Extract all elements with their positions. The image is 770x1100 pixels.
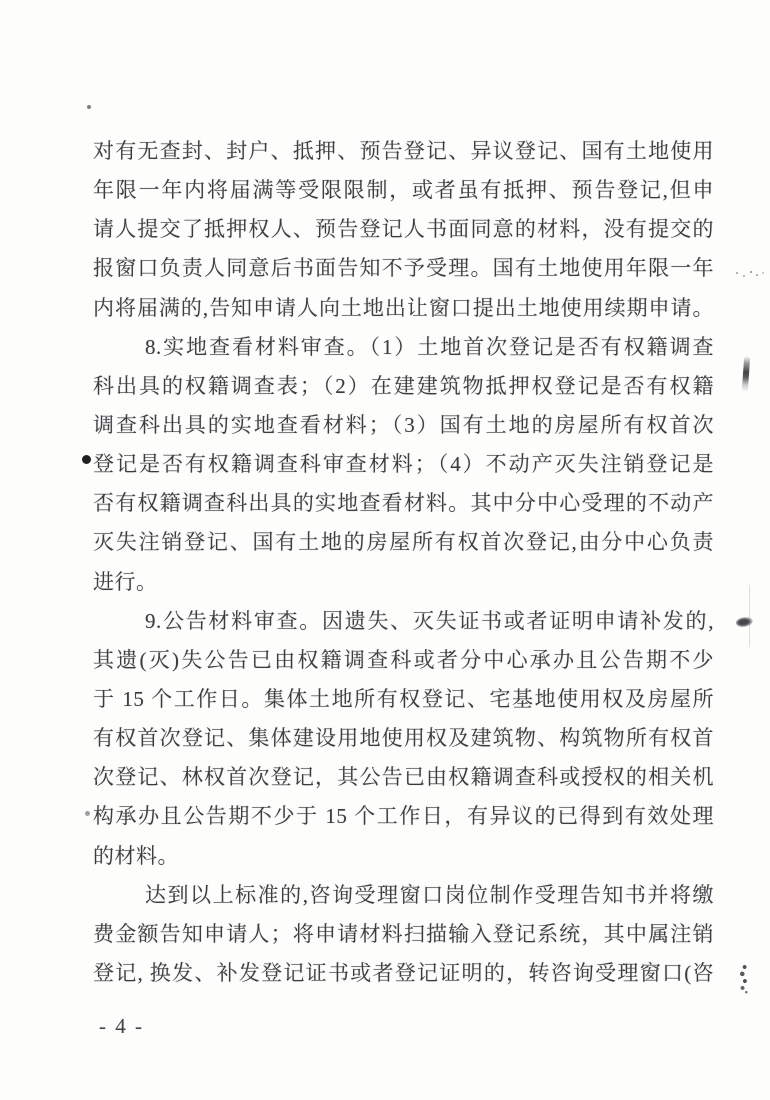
scan-artifact-fold-line	[749, 585, 750, 647]
text-line: 科出具的权籍调查表；（2）在建建筑物抵押权登记是否有权籍	[93, 367, 714, 406]
text-line: 内将届满的,告知申请人向土地出让窗口提出土地使用续期申请。	[93, 289, 714, 328]
text-line-paragraph-end: 进行。	[93, 563, 714, 602]
text-line-paragraph-start: 9.公告材料审查。因遗失、灭失证书或者证明申请补发的,	[93, 602, 714, 641]
text-line: 调查科出具的实地查看材料；（3）国有土地的房屋所有权首次	[93, 406, 714, 445]
text-line: 其遗(灭)失公告已由权籍调查科或者分中心承办且公告期不少	[93, 641, 714, 680]
text-line: 灭失注销登记、国有土地的房屋所有权首次登记,由分中心负责	[93, 523, 714, 562]
text-line: 于 15 个工作日。集体土地所有权登记、宅基地使用权及房屋所	[93, 680, 714, 719]
scan-artifact-smudge	[736, 962, 752, 997]
text-line-paragraph-start: 达到以上标准的,咨询受理窗口岗位制作受理告知书并将缴	[93, 876, 714, 915]
text-line-paragraph-start: 8.实地查看材料审查。（1）土地首次登记是否有权籍调查	[93, 328, 714, 367]
scan-artifact-ink-blob	[735, 616, 753, 628]
text-line: 登记是否有权籍调查科审查材料；（4）不动产灭失注销登记是	[93, 445, 714, 484]
text-line: 构承办且公告期不少于 15 个工作日，有异议的已得到有效处理	[93, 797, 714, 836]
scan-artifact-bullet-dot	[82, 455, 91, 464]
text-line: 年限一年内将届满等受限限制，或者虽有抵押、预告登记,但申	[93, 171, 714, 210]
scan-artifact-speck	[87, 105, 91, 109]
page-number: - 4 -	[99, 1012, 144, 1040]
text-line: 对有无查封、封户、抵押、预告登记、异议登记、国有土地使用	[93, 132, 714, 171]
text-line: 次登记、林权首次登记，其公告已由权籍调查科或授权的相关机	[93, 758, 714, 797]
scanned-document-page: 对有无查封、封户、抵押、预告登记、异议登记、国有土地使用 年限一年内将届满等受限…	[0, 0, 770, 1100]
text-line: 请人提交了抵押权人、预告登记人书面同意的材料，没有提交的	[93, 210, 714, 249]
text-line: 费金额告知申请人；将申请材料扫描输入登记系统，其中属注销	[93, 915, 714, 954]
scan-artifact-faint-dot	[85, 811, 90, 816]
text-line: 登记, 换发、补发登记证书或者登记证明的，转咨询受理窗口(咨	[93, 954, 714, 993]
text-line: 否有权籍调查科出具的实地查看材料。其中分中心受理的不动产	[93, 484, 714, 523]
text-line: 有权首次登记、集体建设用地使用权及建筑物、构筑物所有权首	[93, 719, 714, 758]
text-line: 报窗口负责人同意后书面告知不予受理。国有土地使用年限一年	[93, 249, 714, 288]
text-line-paragraph-end: 的材料。	[93, 837, 714, 876]
document-body: 对有无查封、封户、抵押、预告登记、异议登记、国有土地使用 年限一年内将届满等受限…	[93, 132, 714, 993]
scan-artifact-speckle-cluster	[731, 265, 767, 283]
scan-artifact-ink-streak	[742, 356, 750, 392]
